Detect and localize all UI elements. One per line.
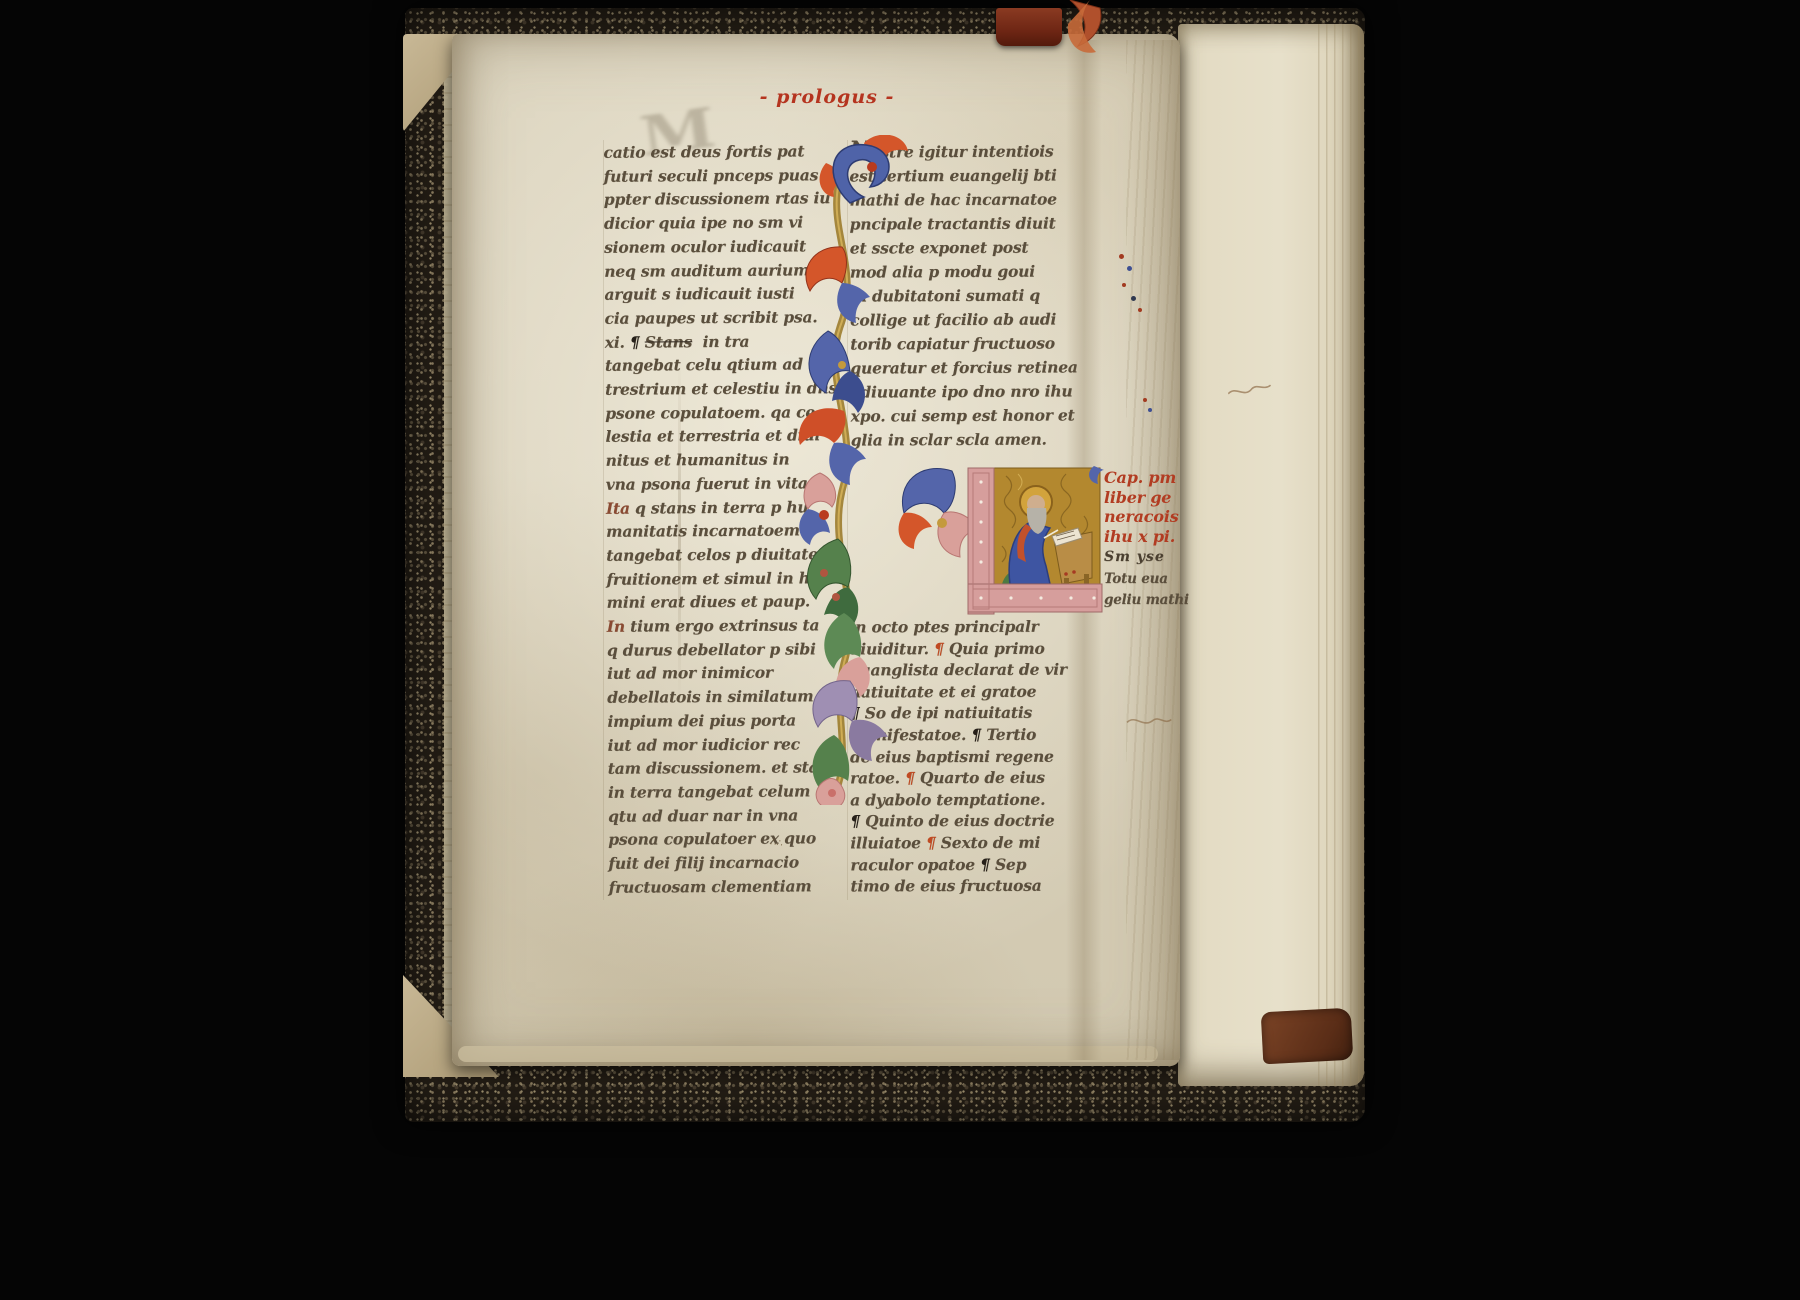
text-line: liber ge bbox=[1104, 488, 1184, 508]
red-dot bbox=[1143, 398, 1147, 402]
pen-trial-squiggle bbox=[1125, 710, 1172, 733]
text-segment: tangebat celos p diuitate bbox=[606, 544, 818, 564]
text-segment: xi. bbox=[605, 332, 630, 351]
pen-trial-squiggle bbox=[1227, 380, 1272, 402]
text-line: Totu eua bbox=[1104, 568, 1184, 590]
pink-tulip bbox=[799, 473, 835, 545]
text-segment: nitus et humanitus in bbox=[606, 450, 790, 470]
text-segment: q stans in terra p hu bbox=[630, 497, 809, 517]
text-line: ¶ Quinto de eius doctrie bbox=[850, 810, 1072, 832]
text-segment: Cap. pm bbox=[1104, 468, 1176, 487]
text-line: arguit s iudicauit iusti bbox=[604, 281, 818, 306]
text-line: tangebat celu qtium ad bbox=[605, 353, 819, 378]
text-segment: neracois bbox=[1104, 507, 1179, 526]
initial-L-foot bbox=[968, 584, 1102, 612]
folio-edge-streaks bbox=[1318, 24, 1364, 1086]
text-line: fuit dei filij incarnacio bbox=[608, 850, 822, 875]
text-segment: tangebat celu qtium ad bbox=[605, 355, 803, 375]
text-line: vna psona fuerut in vita bbox=[606, 471, 820, 496]
text-line: Sm yse bbox=[1104, 546, 1184, 568]
text-segment: impium dei pius porta bbox=[607, 710, 796, 730]
blue-dot bbox=[1127, 266, 1132, 271]
text-line: nitus et humanitus in bbox=[606, 447, 820, 472]
text-segment: Sm yse bbox=[1104, 549, 1165, 565]
text-segment: futuri seculi pnceps puas bbox=[604, 165, 819, 185]
ribbon-fragment bbox=[1060, 0, 1108, 62]
text-line: mini erat diues et paup. bbox=[606, 590, 820, 615]
text-line: raculor opatoe ¶ Sep bbox=[850, 853, 1072, 875]
under-leaf-edge bbox=[458, 1046, 1158, 1062]
text-segment: q durus debellator p sibi bbox=[607, 639, 816, 659]
photo-black-backdrop: M - prologus - catio est deus fortis pat… bbox=[0, 0, 1800, 1300]
text-segment: ¶ bbox=[850, 812, 865, 831]
text-segment: geliu mathi bbox=[1104, 592, 1189, 608]
text-line: sionem oculor iudicauit bbox=[604, 234, 818, 259]
text-line: Cap. pm bbox=[1104, 468, 1184, 488]
text-segment: Sep bbox=[995, 854, 1026, 873]
text-line: trestrium et celestiu in dns bbox=[605, 376, 819, 401]
text-segment: In bbox=[607, 617, 625, 636]
text-segment: ihu x pi. bbox=[1104, 527, 1175, 546]
text-segment: fruitionem et simul in ho bbox=[606, 568, 820, 588]
text-segment: vna psona fuerut in vita bbox=[606, 473, 808, 493]
text-line: cia paupes ut scribit psa. bbox=[605, 305, 819, 330]
red-dot bbox=[1138, 308, 1142, 312]
green-acanthus bbox=[807, 539, 858, 631]
blue-crozier-leaf bbox=[820, 135, 908, 203]
text-segment: arguit s iudicauit iusti bbox=[604, 284, 794, 304]
red-bookmark-tab bbox=[996, 8, 1062, 46]
text-segment: Totu eua bbox=[1104, 571, 1168, 587]
text-segment: catio est deus fortis pat bbox=[603, 141, 804, 161]
text-segment: Sexto de mi bbox=[941, 833, 1040, 852]
text-line: lestia et terrestria et diui bbox=[605, 424, 819, 449]
border-flourish-ornament bbox=[790, 135, 990, 805]
text-segment: lestia et terrestria et diui bbox=[605, 426, 820, 446]
blue-dot bbox=[1148, 408, 1152, 412]
text-segment: dicior quia ipe no sm vi bbox=[604, 212, 803, 232]
text-segment: qtu ad duar nar in vna bbox=[608, 805, 798, 825]
text-segment: ¶ bbox=[926, 833, 941, 852]
text-line: futuri seculi pnceps puas bbox=[604, 163, 818, 188]
text-segment: illuiatoe bbox=[850, 833, 926, 852]
orange-flame-leaf bbox=[806, 247, 870, 323]
dark-dot bbox=[1131, 296, 1136, 301]
text-segment: iut ad mor inimicor bbox=[607, 663, 773, 683]
text-segment: psone copulatoem. qa ce bbox=[605, 402, 815, 422]
text-line: ihu x pi. bbox=[1104, 527, 1184, 547]
center-quire-mark: ∴∴ bbox=[769, 837, 786, 850]
text-line: xi. ¶ Stans in tra bbox=[605, 329, 819, 354]
text-line: geliu mathi bbox=[1104, 589, 1184, 611]
text-line: tangebat celos p diuitate bbox=[606, 542, 820, 567]
text-segment: in terra tangebat celum bbox=[608, 781, 810, 801]
text-segment: Quinto de eius doctrie bbox=[865, 811, 1054, 831]
text-line: psone copulatoem. qa ce bbox=[605, 400, 819, 425]
text-line: fruitionem et simul in ho bbox=[606, 566, 820, 591]
text-segment: iut ad mor iudicior rec bbox=[608, 734, 800, 754]
text-segment: debellatois in similatum bbox=[607, 686, 813, 706]
text-line: catio est deus fortis pat bbox=[603, 139, 817, 164]
text-line: psona copulatoer ex quo bbox=[608, 827, 822, 852]
text-line: q durus debellator p sibi bbox=[607, 637, 821, 662]
text-line: manitatis incarnatoem bbox=[606, 519, 820, 544]
text-segment: manitatis incarnatoem bbox=[606, 521, 800, 541]
text-line: neracois bbox=[1104, 507, 1184, 527]
text-line: fructuosam clementiam bbox=[608, 874, 822, 899]
chapter-rubric: Cap. pmliber generacoisihu x pi.Sm yseTo… bbox=[1104, 468, 1184, 611]
text-segment: Tertio bbox=[986, 725, 1036, 744]
text-segment: Ita bbox=[606, 498, 630, 517]
red-blue-cluster bbox=[799, 408, 866, 485]
text-line: In tium ergo extrinsus ta bbox=[607, 613, 821, 638]
text-segment: ¶ bbox=[630, 332, 645, 351]
text-segment: liber ge bbox=[1104, 488, 1171, 507]
red-dot bbox=[1119, 254, 1124, 259]
text-line: ppter discussionem rtas iu bbox=[604, 187, 818, 212]
text-segment: cia paupes ut scribit psa. bbox=[605, 307, 818, 327]
text-line: illuiatoe ¶ Sexto de mi bbox=[850, 832, 1072, 854]
text-segment: fructuosam clementiam bbox=[608, 876, 811, 896]
text-line: Ita q stans in terra p hu bbox=[606, 495, 820, 520]
folio-stack bbox=[1178, 24, 1364, 1086]
text-line: qtu ad duar nar in vna bbox=[608, 803, 822, 828]
text-segment: fuit dei filij incarnacio bbox=[608, 853, 799, 873]
illuminated-initial bbox=[966, 466, 1104, 616]
page-header-rubric: - prologus - bbox=[742, 86, 912, 108]
text-line: neq sm auditum aurium bbox=[604, 258, 818, 283]
red-dot bbox=[1122, 283, 1126, 287]
text-segment: in tra bbox=[692, 331, 749, 350]
text-segment: timo de eius fructuosa bbox=[850, 876, 1041, 896]
text-segment: sionem oculor iudicauit bbox=[604, 236, 806, 256]
text-segment: Stans bbox=[645, 332, 693, 351]
text-segment: raculor opatoe bbox=[850, 854, 980, 873]
leather-corner-patch bbox=[1261, 1008, 1354, 1065]
text-segment: neq sm auditum aurium bbox=[604, 260, 809, 280]
text-segment: ¶ bbox=[980, 854, 995, 873]
text-line: dicior quia ipe no sm vi bbox=[604, 210, 818, 235]
text-segment: mini erat diues et paup. bbox=[607, 592, 811, 612]
text-line: timo de eius fructuosa bbox=[850, 875, 1072, 897]
